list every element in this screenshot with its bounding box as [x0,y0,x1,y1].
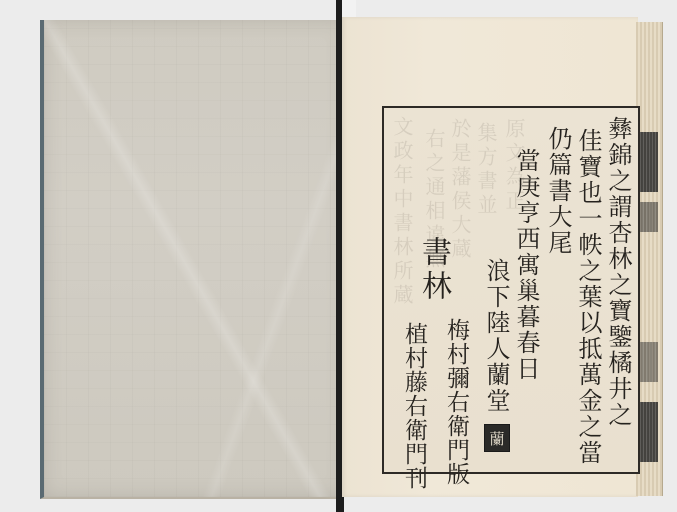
edge-ink-mark [638,342,658,382]
edge-ink-mark [638,202,658,232]
edge-ink-mark [638,402,658,462]
seal-stamp: 蘭 [484,424,510,452]
bleed-through-text: 文政年中書林所蔵 [392,116,412,308]
colophon-column-3: 仍篇書大尾 [546,126,570,256]
gutter-gap [342,0,356,18]
colophon-date-column: 當庚亨西寓巢暮春日 [514,148,538,382]
edge-ink-mark [638,132,658,192]
publisher-uemura: 植村藤右衛門刊 [402,322,425,490]
colophon-column-1: 彝錦之謂杏林之寶鑒橘井之 [606,116,630,428]
colophon-author-column: 浪下陸人蘭堂 [484,258,508,414]
book-spread: 文政年中書林所蔵 右之通相違無 於是藩侯大蔵 集方書並 原文為正 彝錦之謂杏林之… [0,0,677,512]
publisher-umemura: 梅村彌右衛門版 [444,318,467,486]
page-fore-edge [636,22,663,496]
shorin-label: 書林 [418,236,448,304]
left-endpaper [40,20,344,499]
bleed-through-text: 於是藩侯大蔵 [450,118,470,262]
bleed-through-text: 集方書並 [476,122,496,218]
colophon-column-2: 佳寶也一帙之葉以抵萬金之當 [576,128,600,466]
